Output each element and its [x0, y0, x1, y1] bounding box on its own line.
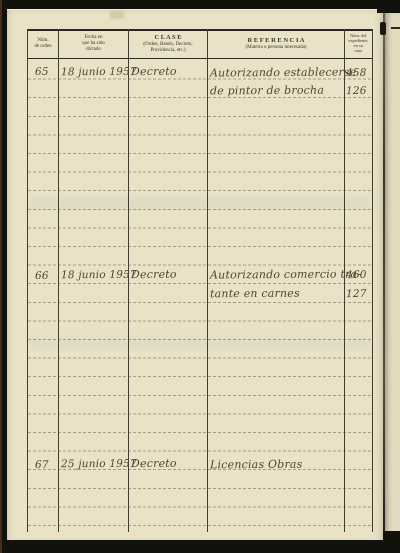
entry-date: 25 junio 1957	[61, 458, 137, 472]
col-header-text: Núm. del	[350, 34, 366, 38]
col-header-subtitle: Providencia, etc.)	[150, 48, 185, 54]
header-underline	[27, 58, 373, 60]
col-header-text: en su	[354, 44, 363, 48]
col-header-num: Núm. de orden	[28, 30, 58, 57]
table-border-left	[27, 29, 28, 532]
col-header-clase: C L A S E (Orden, Bando, Decreto, Provid…	[129, 30, 207, 57]
entry-referencia: Autorizando establecerse	[210, 65, 357, 79]
col-header-expediente: Núm. del expediente, en su caso	[345, 30, 372, 57]
top-right-margin	[377, 0, 400, 13]
adjacent-page-edge	[384, 12, 400, 534]
scanned-ledger-screenshot: Núm. de orden Fecha en que ha sido dicta…	[0, 0, 400, 553]
bottom-right-margin	[383, 531, 400, 543]
bottom-margin	[0, 540, 400, 553]
entry-date: 18 junio 1957	[61, 66, 137, 80]
col-header-text: expediente,	[348, 39, 368, 43]
column-divider	[207, 29, 208, 532]
entry-expediente: 458	[346, 67, 367, 80]
column-divider	[58, 29, 59, 532]
book-spine-edge	[0, 0, 2, 553]
entry-num: 65	[35, 66, 49, 79]
col-header-fecha: Fecha en que ha sido dictado	[59, 30, 128, 57]
entry-num: 67	[35, 459, 49, 472]
page-crease	[383, 12, 385, 534]
top-margin	[0, 0, 400, 9]
col-header-text: de orden	[34, 44, 51, 50]
crease-shadow	[380, 22, 386, 35]
col-header-title: C L A S E	[154, 34, 181, 42]
entry-referencia: Licencias Obras	[210, 458, 303, 472]
entry-date: 18 junio 1957	[61, 269, 137, 283]
col-header-title: R E F E R E N C I A	[247, 37, 304, 45]
entry-clase: Decreto	[131, 268, 177, 281]
col-header-text: dictado	[86, 47, 101, 53]
col-header-referencia: R E F E R E N C I A (Materia o persona i…	[208, 30, 344, 57]
entry-expediente: 126	[346, 85, 367, 98]
table-border-right	[372, 29, 373, 532]
col-header-text: caso	[355, 49, 363, 53]
col-header-subtitle: (Materia o persona interesada)	[246, 45, 307, 51]
entry-referencia: de pintor de brocha	[210, 84, 324, 98]
entry-referencia: tante en carnes	[210, 287, 300, 301]
entry-expediente: 460	[346, 269, 367, 282]
entry-clase: Decreto	[131, 457, 177, 470]
entry-num: 66	[35, 270, 49, 283]
entry-referencia: Autorizando comercio tra-	[210, 267, 361, 281]
entry-expediente: 127	[346, 288, 367, 301]
adjacent-page-border-line	[391, 27, 400, 29]
entry-clase: Decreto	[131, 65, 177, 78]
